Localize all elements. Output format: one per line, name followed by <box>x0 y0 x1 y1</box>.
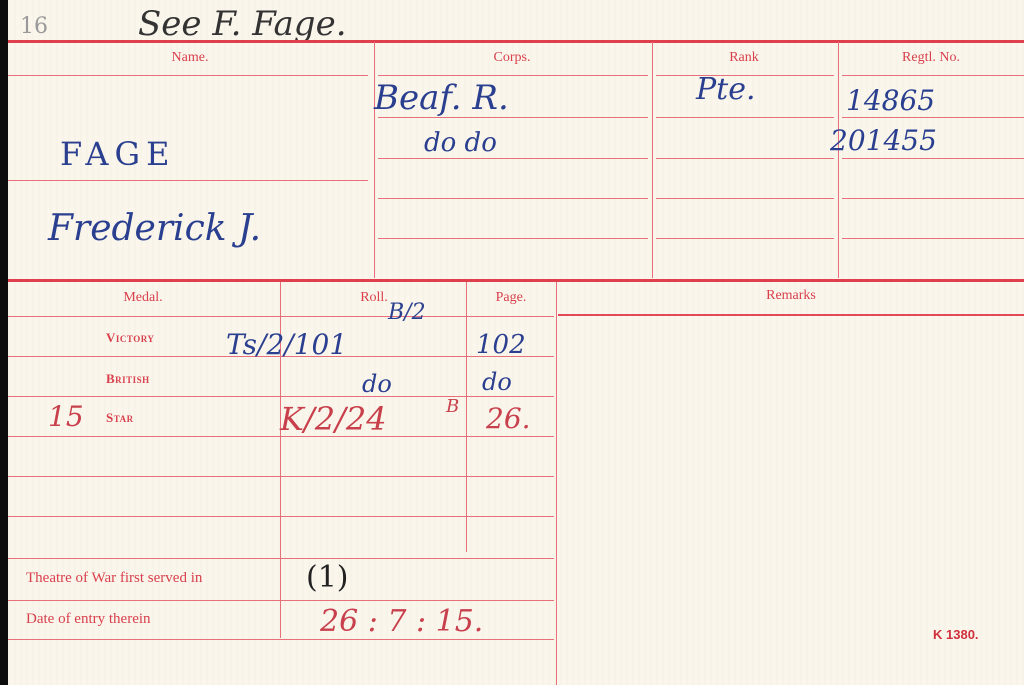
regtl-no-value-2: 201455 <box>830 124 937 157</box>
remarks-header: Remarks <box>558 288 1024 304</box>
roll-star-superscript: B <box>446 396 459 417</box>
page-victory: 102 <box>476 330 526 360</box>
roll-victory: Ts/2/101 <box>226 328 347 361</box>
divider <box>652 42 653 278</box>
rule <box>378 238 648 239</box>
entry-date-value: 26 : 7 : 15. <box>320 604 483 639</box>
regtl-no-header: Regtl. No. <box>838 50 1024 66</box>
medal-index-card: 16 See F. Fage. Name. Corps. Rank Regtl.… <box>8 0 1024 685</box>
rule <box>656 238 834 239</box>
roll-star: K/2/24 <box>280 400 387 438</box>
rule <box>8 279 1024 282</box>
rule <box>656 198 834 199</box>
entry-date-label: Date of entry therein <box>26 611 151 628</box>
rule <box>656 158 834 159</box>
rule <box>842 238 1024 239</box>
rule <box>8 180 368 181</box>
roll-victory-superscript: B/2 <box>388 300 426 325</box>
page-header: Page. <box>468 290 554 306</box>
surname: FAGE <box>60 135 175 173</box>
medal-name-british: British <box>106 371 150 387</box>
rule <box>8 476 554 477</box>
medal-name-victory: Victory <box>106 330 154 346</box>
rule <box>378 198 648 199</box>
theatre-label: Theatre of War first served in <box>26 570 202 587</box>
rule <box>378 158 648 159</box>
rule <box>842 117 1024 118</box>
medal-header: Medal. <box>8 290 278 306</box>
theatre-value: (1) <box>306 560 349 595</box>
rule <box>378 75 648 76</box>
rule <box>842 158 1024 159</box>
divider <box>556 282 557 685</box>
rule <box>558 314 1024 316</box>
forename: Frederick J. <box>48 208 261 249</box>
star-prefix: 15 <box>48 400 84 433</box>
rule <box>842 75 1024 76</box>
rule <box>8 75 368 76</box>
rule <box>8 516 554 517</box>
rule <box>8 40 1024 43</box>
rule <box>8 558 554 559</box>
corps-value-1: Beaf. R. <box>374 78 509 118</box>
rule <box>8 396 554 397</box>
page-british: do <box>482 368 512 396</box>
rank-value: Pte. <box>696 72 756 107</box>
divider <box>838 42 839 278</box>
corps-value-2: do do <box>424 128 497 158</box>
rule <box>656 117 834 118</box>
roll-header: Roll. <box>282 290 466 306</box>
rank-header: Rank <box>652 50 836 66</box>
corner-number: 16 <box>20 14 48 39</box>
corps-header: Corps. <box>374 50 650 66</box>
rule <box>842 198 1024 199</box>
form-number: K 1380. <box>933 627 979 642</box>
roll-british: do <box>362 370 392 398</box>
page-star: 26. <box>486 402 531 435</box>
divider <box>466 282 467 552</box>
regtl-no-value-1: 14865 <box>846 84 935 117</box>
rule <box>8 600 554 601</box>
name-header: Name. <box>8 50 372 66</box>
rule <box>8 316 554 317</box>
cross-reference: See F. Fage. <box>138 4 347 44</box>
medal-name-star: Star <box>106 410 134 426</box>
rule <box>8 639 554 640</box>
